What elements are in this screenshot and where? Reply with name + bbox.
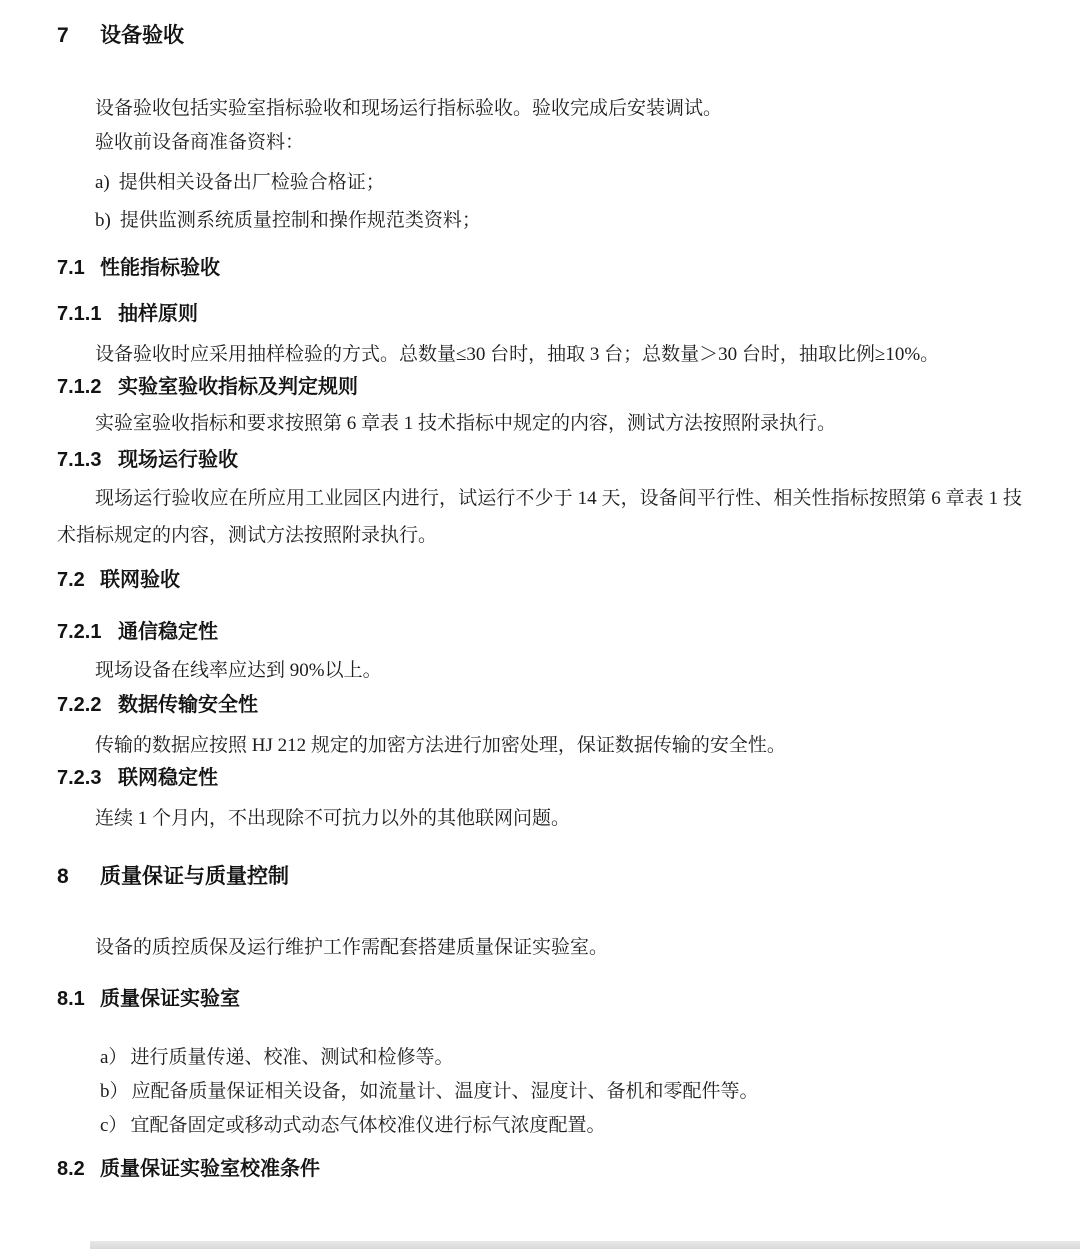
chapter-8-heading: 8 质量保证与质量控制 (57, 863, 1022, 891)
section-7-2-number: 7.2 (57, 566, 100, 594)
qa-list-item-a-text: 进行质量传递、校准、测试和检修等。 (130, 1041, 453, 1075)
chapter-8-number: 8 (57, 863, 100, 891)
qa-list-item-a: a） 进行质量传递、校准、测试和检修等。 (57, 1041, 1022, 1075)
qa-list-item-c-text: 宜配备固定或移动式动态气体校准仪进行标气浓度配置。 (130, 1109, 605, 1143)
subsection-7-1-3-number: 7.1.3 (57, 446, 105, 474)
qa-list-item-b-label: b） (100, 1075, 129, 1109)
section-7-1-number: 7.1 (57, 254, 100, 282)
list-item-a-text: 提供相关设备出厂检验合格证； (119, 164, 385, 202)
section-8-1-number: 8.1 (57, 985, 100, 1013)
subsection-7-1-1-heading: 7.1.1 抽样原则 (57, 300, 1022, 328)
subsection-7-2-3-paragraph: 连续 1 个月内，不出现除不可抗力以外的其他联网问题。 (57, 800, 1022, 837)
chapter-7-heading: 7 设备验收 (57, 22, 1022, 50)
chapter-8-title: 质量保证与质量控制 (100, 863, 289, 891)
subsection-7-1-2-number: 7.1.2 (57, 373, 105, 401)
list-item-a-label: a) (95, 164, 110, 202)
section-7-1-title: 性能指标验收 (100, 254, 220, 282)
section-8-2-title: 质量保证实验室校准条件 (100, 1155, 320, 1183)
qa-list-item-a-label: a） (100, 1041, 127, 1075)
subsection-7-2-3-number: 7.2.3 (57, 764, 105, 792)
chapter-7-materials-paragraph: 验收前设备商准备资料： (57, 126, 1022, 160)
section-7-2-title: 联网验收 (100, 566, 180, 594)
subsection-7-1-1-paragraph: 设备验收时应采用抽样检验的方式。总数量≤30 台时，抽取 3 台；总数量＞30 … (57, 336, 1022, 373)
subsection-7-2-3-title: 联网稳定性 (118, 764, 218, 792)
qa-list-item-b: b） 应配备质量保证相关设备，如流量计、温度计、湿度计、备机和零配件等。 (57, 1075, 1022, 1109)
subsection-7-2-1-number: 7.2.1 (57, 618, 105, 646)
subsection-7-1-3-title: 现场运行验收 (118, 446, 238, 474)
list-item-a: a) 提供相关设备出厂检验合格证； (57, 164, 1022, 202)
page-bottom-cutoff-band (90, 1241, 1080, 1249)
subsection-7-1-1-title: 抽样原则 (118, 300, 198, 328)
subsection-7-2-1-heading: 7.2.1 通信稳定性 (57, 618, 1022, 646)
section-8-2-number: 8.2 (57, 1155, 100, 1183)
document-page: 7 设备验收 设备验收包括实验室指标验收和现场运行指标验收。验收完成后安装调试。… (0, 0, 1080, 1249)
list-item-b-label: b) (95, 202, 111, 240)
subsection-7-1-3-paragraph: 现场运行验收应在所应用工业园区内进行，试运行不少于 14 天，设备间平行性、相关… (57, 480, 1022, 554)
subsection-7-2-2-title: 数据传输安全性 (118, 691, 258, 719)
subsection-7-1-3-heading: 7.1.3 现场运行验收 (57, 446, 1022, 474)
subsection-7-1-2-title: 实验室验收指标及判定规则 (118, 373, 358, 401)
qa-list-item-c-label: c） (100, 1109, 127, 1143)
subsection-7-2-2-heading: 7.2.2 数据传输安全性 (57, 691, 1022, 719)
subsection-7-2-1-paragraph: 现场设备在线率应达到 90%以上。 (57, 652, 1022, 689)
chapter-7-intro-paragraph: 设备验收包括实验室指标验收和现场运行指标验收。验收完成后安装调试。 (57, 92, 1022, 126)
list-item-b: b) 提供监测系统质量控制和操作规范类资料； (57, 202, 1022, 240)
section-8-1-title: 质量保证实验室 (100, 985, 240, 1013)
chapter-8-intro-paragraph: 设备的质控质保及运行维护工作需配套搭建质量保证实验室。 (57, 931, 1022, 965)
section-7-1-heading: 7.1 性能指标验收 (57, 254, 1022, 282)
subsection-7-2-2-number: 7.2.2 (57, 691, 105, 719)
subsection-7-2-2-paragraph: 传输的数据应按照 HJ 212 规定的加密方法进行加密处理，保证数据传输的安全性… (57, 727, 1022, 764)
section-7-2-heading: 7.2 联网验收 (57, 566, 1022, 594)
qa-list-item-c: c） 宜配备固定或移动式动态气体校准仪进行标气浓度配置。 (57, 1109, 1022, 1143)
subsection-7-1-2-heading: 7.1.2 实验室验收指标及判定规则 (57, 373, 1022, 401)
qa-list-item-b-text: 应配备质量保证相关设备，如流量计、温度计、湿度计、备机和零配件等。 (132, 1075, 759, 1109)
list-item-b-text: 提供监测系统质量控制和操作规范类资料； (120, 202, 481, 240)
section-8-2-heading: 8.2 质量保证实验室校准条件 (57, 1155, 1022, 1183)
chapter-7-number: 7 (57, 22, 100, 50)
subsection-7-2-3-heading: 7.2.3 联网稳定性 (57, 764, 1022, 792)
subsection-7-1-1-number: 7.1.1 (57, 300, 105, 328)
section-8-1-heading: 8.1 质量保证实验室 (57, 985, 1022, 1013)
chapter-7-title: 设备验收 (100, 22, 184, 50)
subsection-7-1-2-paragraph: 实验室验收指标和要求按照第 6 章表 1 技术指标中规定的内容，测试方法按照附录… (57, 405, 1022, 442)
subsection-7-2-1-title: 通信稳定性 (118, 618, 218, 646)
